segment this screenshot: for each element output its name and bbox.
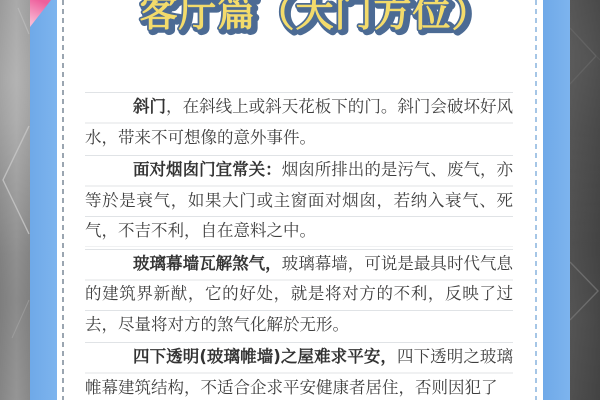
paragraph-glass-curtain-wall-lead: 玻璃幕墙瓦解煞气， [133, 254, 282, 273]
left-margin-chevron-pattern [0, 0, 30, 400]
page-title-banner: 客厅篇（大门方位） 客厅篇（大门方位） [57, 0, 543, 42]
right-margin-texture [570, 0, 600, 400]
paragraph-glass-curtain-wall: 玻璃幕墙瓦解煞气，玻璃幕墙，可说是最具时代气息的建筑界新猷，它的好处，就是将对方… [85, 249, 513, 341]
left-margin-texture [0, 0, 30, 400]
left-blue-strip [30, 0, 57, 400]
right-blue-strip [543, 0, 570, 400]
article-page: 客厅篇（大门方位） 客厅篇（大门方位） 斜门，在斜线上或斜天花板下的门。斜门会破… [0, 0, 600, 400]
paragraph-slanted-door: 斜门，在斜线上或斜天花板下的门。斜门会破坏好风水，带来不可想像的意外事件。 [85, 92, 513, 153]
paragraph-chimney-door-lead: 面对烟囱门宜常关： [133, 160, 282, 179]
paragraph-slanted-door-lead: 斜门 [133, 97, 166, 116]
right-margin-chevron-pattern [570, 0, 600, 400]
paragraph-transparent-house: 四下透明(玻璃帷墙)之屋难求平安，四下透明之玻璃帷幕建筑结构，不适合企求平安健康… [85, 342, 513, 400]
dashed-border-right [535, 0, 537, 400]
paragraph-chimney-door: 面对烟囱门宜常关：烟囱所排出的是污气、废气，亦等於是衰气，如果大门或主窗面对烟囱… [85, 155, 513, 247]
page-title: 客厅篇（大门方位） [139, 0, 490, 35]
dashed-border-left [62, 0, 64, 400]
article-body: 斜门，在斜线上或斜天花板下的门。斜门会破坏好风水，带来不可想像的意外事件。 面对… [85, 92, 513, 400]
paragraph-transparent-house-lead: 四下透明(玻璃帷墙)之屋难求平安， [133, 347, 397, 366]
